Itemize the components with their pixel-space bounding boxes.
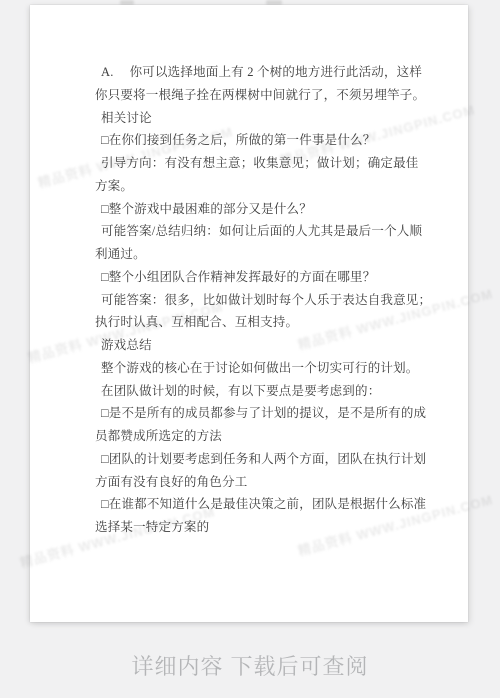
document-preview-screen: 精品资料 WWW.JINGPIN.COM 精品资料 WWW.JINGPIN.CO… [0,0,500,698]
document-line: 你只要将一根绳子拴在两棵树中间就行了，不须另埋竿子。 [95,84,445,107]
document-line: 游戏总结 [95,334,445,357]
document-line: □是不是所有的成员都参与了计划的提议，是不是所有的成 [95,402,445,425]
document-line: 方案。 [95,175,445,198]
document-line: 方面有没有良好的角色分工 [95,471,445,494]
document-page: 精品资料 WWW.JINGPIN.COM 精品资料 WWW.JINGPIN.CO… [30,5,468,622]
document-line: 选择某一特定方案的 [95,516,445,539]
document-line: A. 你可以选择地面上有 2 个树的地方进行此活动，这样 [95,61,445,84]
document-line: 员都赞成所选定的方法 [95,425,445,448]
document-line: 可能答案/总结归纳：如何让后面的人尤其是最后一个人顺 [95,220,445,243]
document-line: □整个小组团队合作精神发挥最好的方面在哪里？ [95,266,445,289]
document-line: 整个游戏的核心在于讨论如何做出一个切实可行的计划。 [95,357,445,380]
document-line: 可能答案：很多，比如做计划时每个人乐于表达自我意见； [95,289,445,312]
download-hint-text: 详细内容 下载后可查阅 [0,650,500,681]
document-line: 执行时认真、互相配合、互相支持。 [95,311,445,334]
document-line: 相关讨论 [95,107,445,130]
document-line: □在谁都不知道什么是最佳决策之前，团队是根据什么标准 [95,493,445,516]
document-line: □整个游戏中最困难的部分又是什么？ [95,198,445,221]
document-line: 引导方向：有没有想主意；收集意见；做计划；确定最佳 [95,152,445,175]
document-line: 在团队做计划的时候，有以下要点是要考虑到的： [95,380,445,403]
document-line: □团队的计划要考虑到任务和人两个方面，团队在执行计划 [95,448,445,471]
document-line: □在你们接到任务之后，所做的第一件事是什么？ [95,129,445,152]
document-line: 利通过。 [95,243,445,266]
document-text: A. 你可以选择地面上有 2 个树的地方进行此活动，这样你只要将一根绳子拴在两棵… [95,61,445,539]
